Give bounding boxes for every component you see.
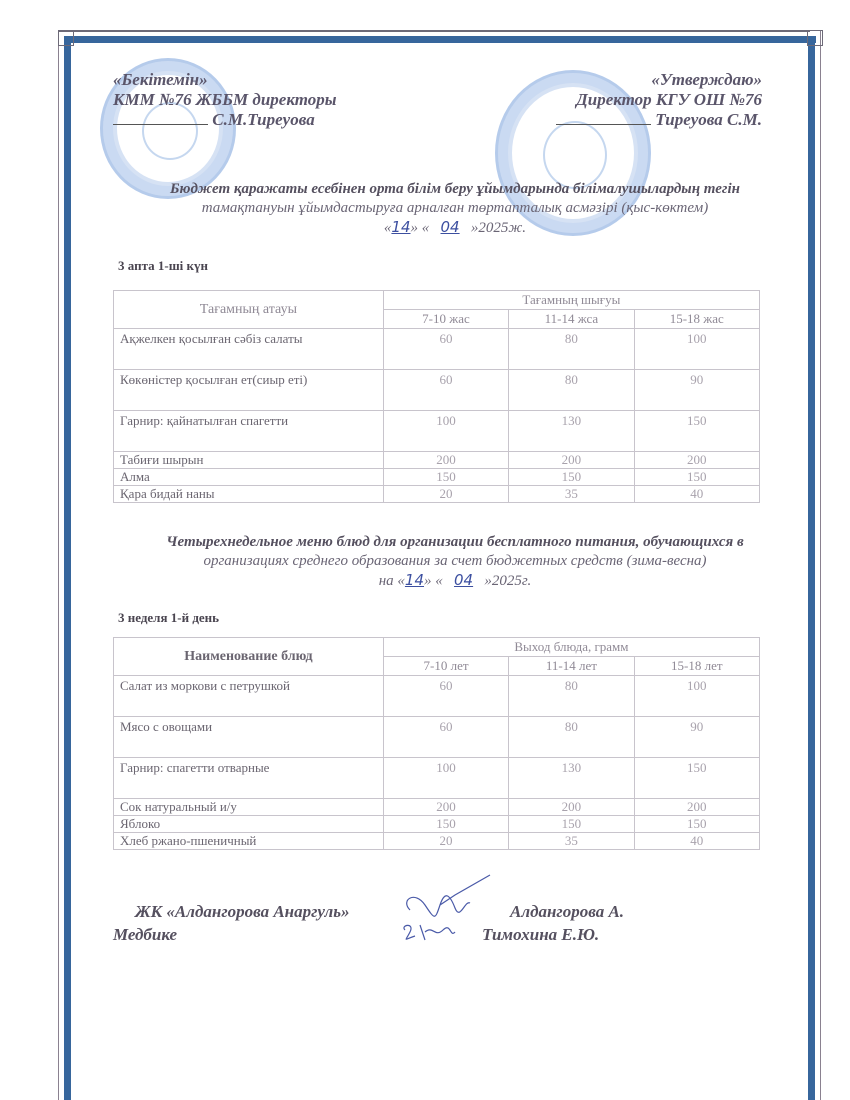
title-date: «14» « 04 »2025ж. [110,218,800,238]
portion-value: 150 [634,469,759,486]
portion-value: 80 [509,370,634,411]
portion-value: 150 [634,411,759,452]
menu-title-kazakh: Бюджет қаражаты есебінен орта білім беру… [110,180,800,238]
dish-name: Яблоко [114,816,384,833]
director-position: КММ №76 ЖББМ директоры [113,90,337,110]
table-row: Яблоко 150 150 150 [114,816,760,833]
portion-value: 60 [383,676,508,717]
column-header-dish-name: Тағамның атауы [114,291,384,329]
director-name: С.М.Тиреуова [212,110,314,129]
column-header-age-2: 11-14 лет [509,657,634,676]
portion-value: 20 [383,833,508,850]
title-text: Бюджет қаражаты есебінен орта білім беру… [170,181,740,197]
table-row: Гарнир: қайнатылған спагетти 100 130 150 [114,411,760,452]
signature-line [556,124,651,125]
section-label-kazakh: 3 апта 1-ші күн [118,258,208,274]
date-prefix: на « [379,573,405,589]
dish-name: Мясо с овощами [114,717,384,758]
portion-value: 60 [383,329,508,370]
seal-emblem-icon [543,121,607,189]
director-name: Тиреуова С.М. [655,110,762,129]
approval-heading: «Утверждаю» [556,70,762,90]
nurse-name: Тимохина Е.Ю. [482,925,599,945]
portion-value: 150 [634,758,759,799]
portion-value: 40 [634,833,759,850]
dish-name: Хлеб ржано-пшеничный [114,833,384,850]
portion-value: 40 [634,486,759,503]
director-signature: С.М.Тиреуова [113,110,337,130]
column-header-age-3: 15-18 жас [634,310,759,329]
frame-border-top [68,36,816,43]
date-day: 14 [391,218,410,236]
title-date: на «14» « 04 »2025г. [110,571,800,591]
menu-title-russian: Четырехнедельное меню блюд для организац… [110,533,800,591]
portion-value: 80 [509,329,634,370]
portion-value: 150 [383,816,508,833]
column-header-age-2: 11-14 жса [509,310,634,329]
portion-value: 80 [509,676,634,717]
date-year: »2025ж. [471,220,526,236]
frame-border-top-thin [58,30,810,32]
director-signature: Тиреуова С.М. [556,110,762,130]
title-line-2: организациях среднего образования за сче… [110,552,800,571]
portion-value: 200 [634,452,759,469]
date-month: 04 [454,571,473,589]
menu-table-kazakh: Тағамның атауы Тағамның шығуы 7-10 жас 1… [113,290,760,503]
table-row: Гарнир: спагетти отварные 100 130 150 [114,758,760,799]
menu-table-russian: Наименование блюд Выход блюда, грамм 7-1… [113,637,760,850]
column-header-age-1: 7-10 лет [383,657,508,676]
portion-value: 150 [383,469,508,486]
column-header-age-1: 7-10 жас [383,310,508,329]
table-row: Хлеб ржано-пшеничный 20 35 40 [114,833,760,850]
table-row: Салат из моркови с петрушкой 60 80 100 [114,676,760,717]
table-row: Сок натуральный и/у 200 200 200 [114,799,760,816]
portion-value: 90 [634,370,759,411]
table-row: Қара бидай наны 20 35 40 [114,486,760,503]
dish-name: Қара бидай наны [114,486,384,503]
portion-value: 200 [509,799,634,816]
portion-value: 130 [509,758,634,799]
director-position: Директор КГУ ОШ №76 [556,90,762,110]
portion-value: 200 [634,799,759,816]
supplier-label: ЖК «Алдангорова Анаргуль» [135,902,349,922]
approval-heading: «Бекітемін» [113,70,337,90]
frame-corner-top-left [58,30,74,46]
table-row: Алма 150 150 150 [114,469,760,486]
column-header-dish-name: Наименование блюд [114,638,384,676]
frame-corner-top-right [807,30,823,46]
title-line-2: тамақтануын ұйымдастыруға арналған төрта… [110,199,800,218]
portion-value: 150 [634,816,759,833]
dish-name: Ақжелкен қосылған сәбіз салаты [114,329,384,370]
title-line-1: Бюджет қаражаты есебінен орта білім беру… [110,180,800,199]
date-separator: » « [411,220,430,236]
portion-value: 100 [383,411,508,452]
table-row: Ақжелкен қосылған сәбіз салаты 60 80 100 [114,329,760,370]
dish-name: Көкөністер қосылған ет(сиыр еті) [114,370,384,411]
portion-value: 20 [383,486,508,503]
portion-value: 200 [383,452,508,469]
portion-value: 100 [634,329,759,370]
portion-value: 150 [509,816,634,833]
portion-value: 150 [509,469,634,486]
portion-value: 200 [509,452,634,469]
dish-name: Гарнир: спагетти отварные [114,758,384,799]
portion-value: 35 [509,833,634,850]
title-text: Четырехнедельное меню блюд для организац… [166,534,743,550]
dish-name: Табиғи шырын [114,452,384,469]
date-month: 04 [441,218,460,236]
portion-value: 130 [509,411,634,452]
column-header-age-3: 15-18 лет [634,657,759,676]
portion-value: 35 [509,486,634,503]
portion-value: 60 [383,717,508,758]
frame-border-right [808,36,815,1100]
portion-value: 60 [383,370,508,411]
dish-name: Салат из моркови с петрушкой [114,676,384,717]
portion-value: 80 [509,717,634,758]
portion-value: 200 [383,799,508,816]
dish-name: Алма [114,469,384,486]
frame-border-left [64,36,71,1100]
title-line-1: Четырехнедельное меню блюд для организац… [110,533,800,552]
dish-name: Сок натуральный и/у [114,799,384,816]
date-year: »2025г. [484,573,531,589]
table-row: Табиғи шырын 200 200 200 [114,452,760,469]
signature-line [113,124,208,125]
frame-border-right-thin [820,30,821,1100]
table-row: Мясо с овощами 60 80 90 [114,717,760,758]
portion-value: 100 [383,758,508,799]
portion-value: 90 [634,717,759,758]
date-separator: » « [424,573,443,589]
supplier-name: Алдангорова А. [510,902,624,922]
date-day: 14 [405,571,424,589]
column-header-portion: Выход блюда, грамм [383,638,759,657]
nurse-label: Медбике [113,925,177,945]
frame-border-left-thin [58,30,59,1100]
column-header-portion: Тағамның шығуы [383,291,759,310]
section-label-russian: 3 неделя 1-й день [118,610,219,626]
table-row: Көкөністер қосылған ет(сиыр еті) 60 80 9… [114,370,760,411]
handwritten-signature-icon [395,870,495,950]
portion-value: 100 [634,676,759,717]
approval-block-russian: «Утверждаю» Директор КГУ ОШ №76 Тиреуова… [556,70,762,130]
approval-block-kazakh: «Бекітемін» КММ №76 ЖББМ директоры С.М.Т… [113,70,337,130]
dish-name: Гарнир: қайнатылған спагетти [114,411,384,452]
